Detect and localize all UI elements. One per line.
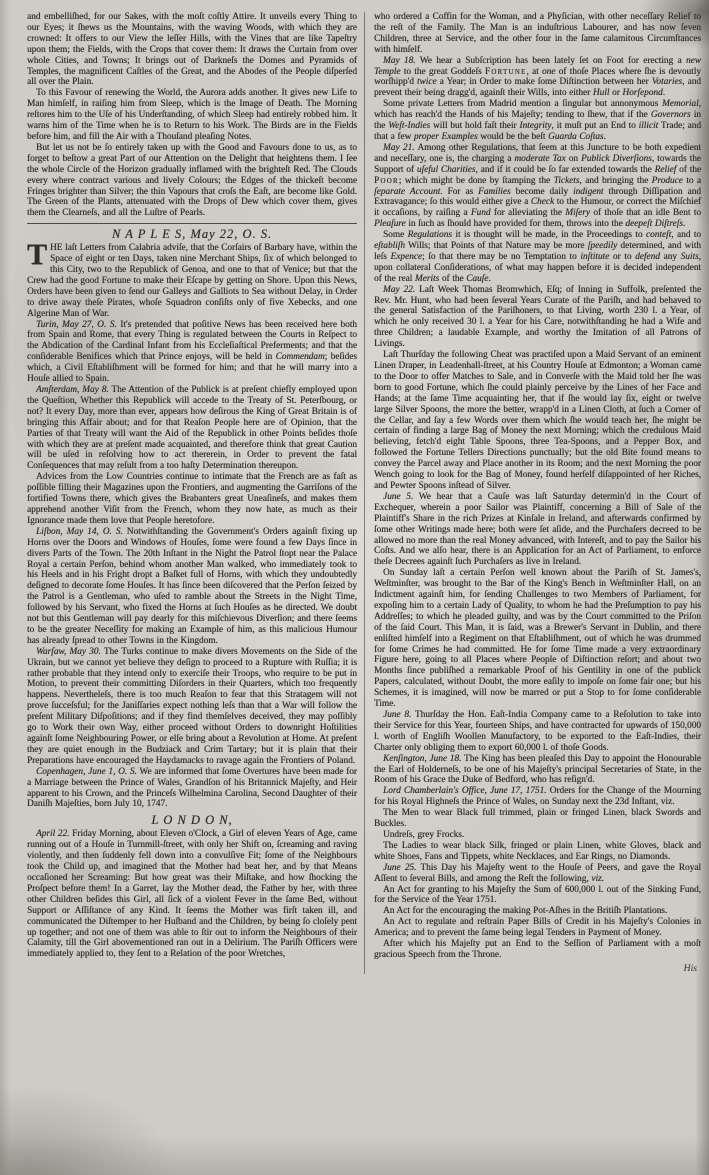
news-paragraph: May 22. Laſt Week Thomas Bromwhich, Eſq;… <box>374 285 701 350</box>
news-paragraph: May 21. Among other Regulations, that ſe… <box>374 143 701 230</box>
news-paragraph: An Act for the encouraging the making Po… <box>374 906 701 917</box>
news-paragraph: THE laſt Letters from Calabria adviſe, t… <box>27 243 357 319</box>
news-paragraph: The Men to wear Black full trimmed, plai… <box>374 808 701 830</box>
news-paragraph: June 25. This Day his Majeſty went to th… <box>374 863 701 885</box>
news-paragraph: An Act to regulate and reſtrain Paper Bi… <box>374 917 701 939</box>
catchword: His <box>374 963 701 974</box>
news-paragraph: The Ladies to wear black Silk, fringed o… <box>374 841 701 863</box>
news-paragraph: April 22. Friday Morning, about Eleven o… <box>27 829 357 960</box>
news-paragraph: who ordered a Coffin for the Woman, and … <box>374 12 701 56</box>
news-paragraph: Some private Letters from Madrid mention… <box>374 99 701 143</box>
news-paragraph: An Act for granting to his Majeſty the S… <box>374 885 701 907</box>
news-paragraph: On Sunday laſt a certain Perſon well kno… <box>374 568 701 710</box>
naples-dateline-heading: N A P L E S, May 22, O. S. <box>27 227 357 241</box>
news-paragraph: Laſt Thurſday the following Cheat was pr… <box>374 350 701 492</box>
news-paragraph: But let us not be ſo entirely taken up w… <box>27 143 357 219</box>
london-section-heading: L O N D O N, <box>27 813 357 827</box>
news-paragraph: Undreſs, grey Frocks. <box>374 830 701 841</box>
news-paragraph: June 5. We hear that a Cauſe was laſt Sa… <box>374 492 701 568</box>
news-paragraph: Liſbon, May 14, O. S. Notwithſtanding th… <box>27 527 357 647</box>
news-paragraph: Lord Chamberlain's Office, June 17, 1751… <box>374 786 701 808</box>
news-paragraph: Kenſington, June 18. The King has been p… <box>374 754 701 787</box>
text-columns: and embelliſhed, for our Sakes, with the… <box>27 12 701 974</box>
news-paragraph: Warſaw, May 30. The Turks continue to ma… <box>27 647 357 767</box>
news-paragraph: Amſterdam, May 8. The Attention of the P… <box>27 385 357 472</box>
news-paragraph: Some Regulations it is thought will be m… <box>374 230 701 285</box>
left-column: and embelliſhed, for our Sakes, with the… <box>27 12 357 974</box>
news-paragraph: June 8. Thurſday the Hon. Eaſt-India Com… <box>374 710 701 754</box>
newspaper-page: and embelliſhed, for our Sakes, with the… <box>0 0 709 1175</box>
news-paragraph: and embelliſhed, for our Sakes, with the… <box>27 12 357 88</box>
news-paragraph: Copenhagen, June 1, O. S. We are informe… <box>27 767 357 811</box>
news-paragraph: After which his Majeſty put an End to th… <box>374 939 701 961</box>
news-paragraph: To this Favour of renewing the World, th… <box>27 88 357 143</box>
section-divider-rule <box>27 223 357 224</box>
drop-cap-initial: T <box>27 243 50 266</box>
news-paragraph: Turin, May 27, O. S. It's pretended that… <box>27 320 357 385</box>
news-paragraph: May 18. We hear a Subſcription has been … <box>374 56 701 100</box>
right-column: who ordered a Coffin for the Woman, and … <box>364 12 701 974</box>
news-paragraph: Advices from the Low Countries continue … <box>27 472 357 527</box>
